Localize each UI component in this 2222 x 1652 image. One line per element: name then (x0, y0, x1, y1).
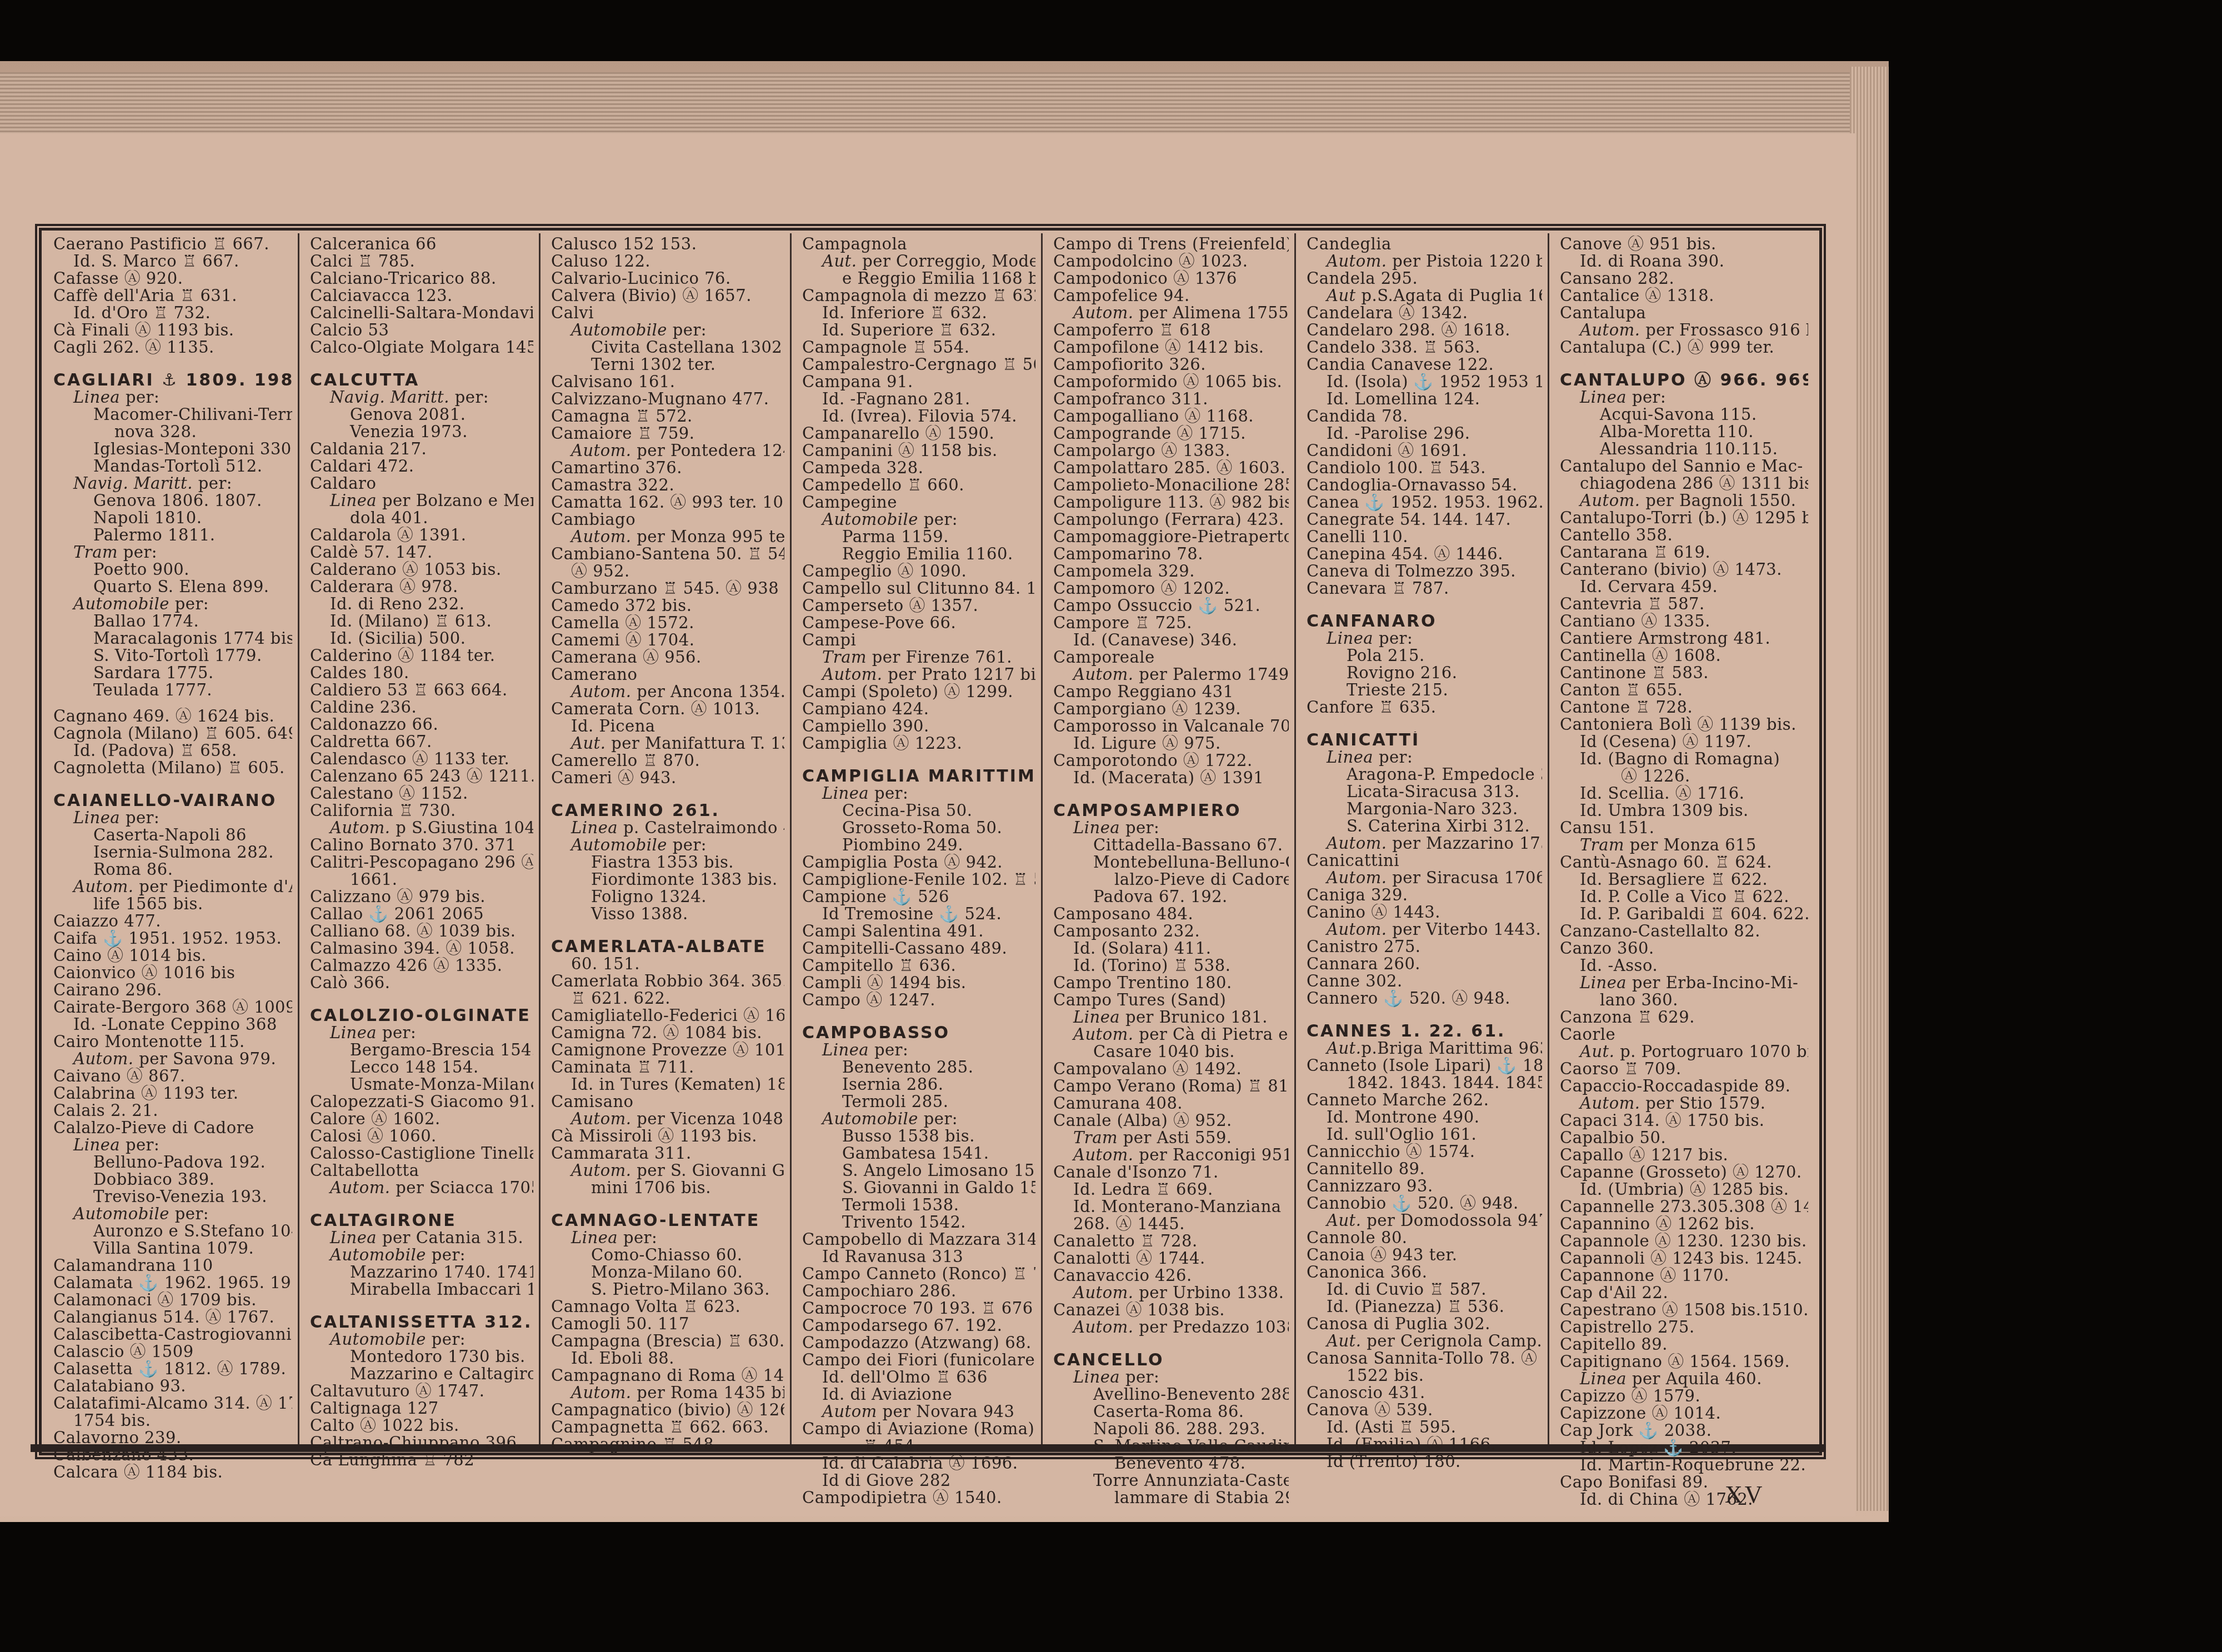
index-entry: Autom. per Mazzarino 1739. (1307, 835, 1542, 852)
service-type-label: Linea (571, 1229, 618, 1246)
index-entry: Venezia 1973. (310, 423, 533, 440)
service-type-label: Autom. (571, 528, 631, 545)
index-entry: Cà Lunghina ♖ 782 (310, 1451, 533, 1469)
index-entry: Cagli 262. Ⓐ 1135. (53, 339, 292, 356)
index-entry: Caldes 180. (310, 664, 533, 682)
index-entry: Aut. p. Portogruaro 1070 bis. (1560, 1043, 1808, 1060)
index-entry: Camella Ⓐ 1572. (551, 614, 784, 632)
index-entry: Camatta 162. Ⓐ 993 ter. 1001 ter. (551, 494, 784, 511)
index-entry: Campanini Ⓐ 1158 bis. (802, 442, 1035, 459)
index-entry: Autom. per Monza 995 ter. (551, 528, 784, 545)
index-entry: Isernia-Sulmona 282. (53, 844, 292, 861)
index-entry: Caffè dell'Aria ♖ 631. (53, 287, 292, 304)
index-entry: Alba-Moretta 110. (1560, 423, 1808, 440)
service-type-label: Automobile (330, 1246, 426, 1264)
index-entry: Id. Eboli 88. (551, 1350, 784, 1367)
index-entry: Campi (802, 632, 1035, 649)
index-entry: Campodazzo (Atzwang) 68. (802, 1334, 1035, 1351)
service-type-label: Linea (1327, 749, 1373, 766)
index-entry: Campoferro ♖ 618 (1053, 322, 1289, 339)
index-entry: Cittadella-Bassano 67. (1053, 837, 1289, 854)
index-entry: Id di Giove 282 (802, 1472, 1035, 1489)
index-entry: Id. Umbra 1309 bis. (1560, 802, 1808, 819)
index-entry: Cantalupo del Sannio e Mac- (1560, 458, 1808, 475)
service-type-label: Aut. (1580, 1043, 1615, 1060)
index-entry: Parma 1159. (802, 528, 1035, 545)
index-entry: Camagna ♖ 572. (551, 408, 784, 425)
service-type-label: Linea (73, 389, 120, 406)
index-entry: 1842. 1843. 1844. 1845. 1911. (1307, 1074, 1542, 1092)
index-entry: Cafasse Ⓐ 920. (53, 270, 292, 287)
index-entry: Caldari 472. (310, 458, 533, 475)
index-entry: Campedello ♖ 660. (802, 477, 1035, 494)
index-entry: Id. dell'Olmo ♖ 636 (802, 1369, 1035, 1386)
service-type-label: Linea (1580, 389, 1627, 406)
service-type-label: Autom. (1327, 869, 1387, 887)
index-entry: Canicattini (1307, 852, 1542, 869)
service-type-label: Aut. (1327, 1212, 1362, 1229)
index-entry: Cantevria ♖ 587. (1560, 595, 1808, 613)
index-entry: Torre Annunziata-Castel- (1053, 1472, 1289, 1489)
index-entry: Calto Ⓐ 1022 bis. (310, 1417, 533, 1434)
index-entry: Montedoro 1730 bis. (310, 1348, 533, 1365)
index-entry: Canaletto ♖ 728. (1053, 1233, 1289, 1250)
index-entry: Calamata ⚓ 1962. 1965. 1966. (53, 1274, 292, 1291)
index-entry: Cannobio ⚓ 520. Ⓐ 948. (1307, 1195, 1542, 1212)
service-type-label: Automobile (330, 1331, 426, 1348)
station-heading: CANCELLO (1053, 1351, 1289, 1369)
index-entry: Caldarola Ⓐ 1391. (310, 527, 533, 544)
index-entry: Cannicchio Ⓐ 1574. (1307, 1143, 1542, 1160)
service-type-label: Autom. (1327, 253, 1387, 270)
index-entry: Cap Jork ⚓ 2038. (1560, 1422, 1808, 1439)
index-entry: Campo Verano (Roma) ♖ 817. (1053, 1078, 1289, 1095)
index-entry: Canove Ⓐ 951 bis. (1560, 236, 1808, 253)
index-entry: Canea ⚓ 1952. 1953. 1962. (1307, 494, 1542, 511)
index-entry: Canistro 275. (1307, 938, 1542, 955)
index-entry: Cantinone ♖ 583. (1560, 664, 1808, 682)
index-entry: Campofranco 311. (1053, 391, 1289, 408)
column-divider (790, 233, 792, 1444)
index-entry: Camedo 372 bis. (551, 597, 784, 614)
index-entry: Id. S. Marco ♖ 667. (53, 253, 292, 270)
index-entry: Aut. per Domodossola 947 bis (1307, 1212, 1542, 1229)
index-entry: Canova Ⓐ 539. (1307, 1401, 1542, 1419)
index-entry: Casare 1040 bis. (1053, 1043, 1289, 1060)
index-entry: Sardara 1775. (53, 664, 292, 682)
index-entry: Cameri Ⓐ 943. (551, 769, 784, 787)
index-entry: Id. Montrone 490. (1307, 1109, 1542, 1126)
index-entry: Id. Inferiore ♖ 632. (802, 304, 1035, 322)
index-entry: Cantiere Armstrong 481. (1560, 630, 1808, 647)
station-heading: CALOLZIO-OLGINATE (310, 1007, 533, 1024)
index-entry: Visso 1388. (551, 905, 784, 923)
index-entry: Candelo 338. ♖ 563. (1307, 339, 1542, 356)
index-entry: Id. Lopez ⚓ 2037. (1560, 1439, 1808, 1456)
service-type-label: Tram (1580, 837, 1624, 854)
index-entry: Pola 215. (1307, 647, 1542, 664)
index-entry: Cairo Montenotte 115. (53, 1033, 292, 1050)
index-entry: Ⓐ 952. (551, 563, 784, 580)
index-entry: Candidoni Ⓐ 1691. (1307, 442, 1542, 459)
index-entry: Acqui-Savona 115. (1560, 406, 1808, 423)
index-entry: Camigna 72. Ⓐ 1084 bis. (551, 1024, 784, 1042)
index-entry: Cairate-Bergoro 368 Ⓐ 1009 ter (53, 999, 292, 1016)
service-type-label: Linea (1327, 630, 1373, 647)
index-entry: Cannole 80. (1307, 1229, 1542, 1246)
index-entry: Cannizzaro 93. (1307, 1178, 1542, 1195)
index-entry: Id. -Parolise 296. (1307, 425, 1542, 442)
index-entry: Camaiore ♖ 759. (551, 425, 784, 442)
station-heading: CAIANELLO-VAIRANO (53, 792, 292, 809)
index-entry: Campoligure 113. Ⓐ 982 bis. (1053, 494, 1289, 511)
index-entry: Campagna (Brescia) ♖ 630. 649 (551, 1333, 784, 1350)
index-entry: Cantalupa (1560, 304, 1808, 322)
index-entry: Canoia Ⓐ 943 ter. (1307, 1246, 1542, 1264)
index-entry: chiagodena 286 Ⓐ 1311 bis. (1560, 475, 1808, 492)
index-entry: Campolargo Ⓐ 1383. (1053, 442, 1289, 459)
service-type-label: Autom. (1073, 304, 1133, 322)
index-entry: Campo di Aviazione (Roma) (802, 1420, 1035, 1438)
service-type-label: Linea (571, 819, 618, 837)
index-entry: S. Angelo Limosano 1539 (802, 1162, 1035, 1179)
index-entry: Cammarata 311. (551, 1145, 784, 1162)
index-entry: 268. Ⓐ 1445. (1053, 1215, 1289, 1233)
index-entry: Campo di Trens (Freienfeld) 68 (1053, 236, 1289, 253)
index-entry: Piombino 249. (802, 837, 1035, 854)
index-entry: Automobile per: (551, 322, 784, 339)
index-entry: Calosso-Castiglione Tinella 110 (310, 1145, 533, 1162)
index-entry: Automobile per: (310, 1331, 533, 1348)
index-entry: Camerlata Robbio 364. 365. (551, 973, 784, 990)
index-entry: mini 1706 bis. (551, 1179, 784, 1197)
index-entry: Autom. p S.Giustina 1043 ter (310, 819, 533, 837)
column-divider (1294, 233, 1296, 1444)
index-entry: Campi (Spoleto) Ⓐ 1299. (802, 683, 1035, 700)
index-entry: Linea per: (802, 1042, 1035, 1059)
index-entry: Calendasco Ⓐ 1133 ter. (310, 750, 533, 768)
service-type-label: Autom. (571, 1384, 631, 1401)
index-entry: Canzo 360. (1560, 940, 1808, 957)
index-entry: Linea per Brunico 181. (1053, 1009, 1289, 1026)
index-entry: Cantarana ♖ 619. (1560, 544, 1808, 561)
index-entry: Candela 295. (1307, 270, 1542, 287)
index-entry: Capaccio-Roccadaspide 89. (1560, 1078, 1808, 1095)
index-entry: Campiano 424. (802, 700, 1035, 718)
index-entry: Id. Cervara 459. (1560, 578, 1808, 595)
index-entry: Linea per Erba-Incino-Mi- (1560, 974, 1808, 992)
service-type-label: Linea (1073, 819, 1120, 837)
index-entry: Calcio 53 (310, 322, 533, 339)
index-entry: lano 360. (1560, 992, 1808, 1009)
index-entry: Canneto (Isole Lipari) ⚓ 1841. (1307, 1057, 1542, 1074)
index-entry: Napoli 86. 288. 293. (1053, 1420, 1289, 1438)
index-entry: Capannino Ⓐ 1262 bis. (1560, 1215, 1808, 1233)
service-type-label: Autom. (1580, 1095, 1640, 1112)
index-entry: Cannara 260. (1307, 955, 1542, 973)
index-entry: Id. Martin-Roquebrune 22. (1560, 1456, 1808, 1474)
index-entry: Capestrano Ⓐ 1508 bis.1510.1519 (1560, 1301, 1808, 1319)
index-entry: Campo Ossuccio ⚓ 521. (1053, 597, 1289, 614)
service-type-label: Autom. (571, 1162, 631, 1179)
index-entry: Avellino-Benevento 288. (1053, 1386, 1289, 1403)
index-entry: Linea per: (53, 1137, 292, 1154)
service-type-label: Automobile (822, 511, 918, 528)
index-entry: Camastra 322. (551, 477, 784, 494)
index-entry: Navig. Maritt. per: (310, 389, 533, 406)
index-entry: Camporgiano Ⓐ 1239. (1053, 700, 1289, 718)
service-type-label: Autom. (1073, 1026, 1133, 1043)
index-entry: Id. Ligure Ⓐ 975. (1053, 735, 1289, 752)
index-entry: Calmazzo 426 Ⓐ 1335. (310, 957, 533, 974)
index-entry: Calvizzano-Mugnano 477. (551, 391, 784, 408)
index-entry: Autom. per Roma 1435 bis. (551, 1384, 784, 1401)
index-entry: Canosa Sannita-Tollo 78. Ⓐ 1522 (1307, 1350, 1542, 1367)
index-column-7: Canove Ⓐ 951 bis.Id. di Roana 390.Cansan… (1550, 233, 1814, 1444)
index-entry: Autom. per Predazzo 1038. (1053, 1319, 1289, 1336)
index-entry: Monza-Milano 60. (551, 1264, 784, 1281)
index-entry: Caneva di Tolmezzo 395. (1307, 563, 1542, 580)
index-entry: Campodipietra Ⓐ 1540. (802, 1489, 1035, 1506)
index-entry: Autom. per Cà di Pietra e (1053, 1026, 1289, 1043)
index-entry: Caserta-Roma 86. (1053, 1403, 1289, 1420)
index-entry: Id. (Emilia) Ⓐ 1166. (1307, 1436, 1542, 1453)
index-entry: Aragona-P. Empedocle 312 (1307, 766, 1542, 783)
index-entry: Palermo 1811. (53, 527, 292, 544)
index-entry: Cap d'Ail 22. (1560, 1284, 1808, 1301)
index-entry: Canzano-Castellalto 82. (1560, 923, 1808, 940)
index-entry: S. Vito-Tortolì 1779. (53, 647, 292, 664)
index-entry: Margonia-Naro 323. (1307, 800, 1542, 818)
index-entry: Linea per: (551, 1229, 784, 1246)
index-entry: Campolungo (Ferrara) 423. (1053, 511, 1289, 528)
index-entry: Foligno 1324. (551, 888, 784, 905)
index-entry: Alessandria 110.115. (1560, 440, 1808, 458)
index-entry: S. Giovanni in Galdo 1540 (802, 1179, 1035, 1197)
index-entry: Cantello 358. (1560, 527, 1808, 544)
index-entry: Campagnatico (bivio) Ⓐ 1266. (551, 1401, 784, 1419)
index-entry: Aut.p.Briga Marittima 963 bis (1307, 1040, 1542, 1057)
index-entry: Calmasino 394. Ⓐ 1058. (310, 940, 533, 957)
index-entry: Autom. per Pistoia 1220 bis. (1307, 253, 1542, 270)
index-entry: Linea per: (1307, 630, 1542, 647)
index-entry: Camerana Ⓐ 956. (551, 649, 784, 666)
index-entry: Cantù-Asnago 60. ♖ 624. (1560, 854, 1808, 871)
service-type-label: Linea (1073, 1009, 1120, 1026)
station-heading: CAMERINO 261. (551, 802, 784, 819)
index-entry: Campo Reggiano 431 (1053, 683, 1289, 700)
index-entry: Campagnola (802, 236, 1035, 253)
station-heading: CAGLIARI ⚓ 1809. 1981. (53, 372, 292, 389)
index-entry: Canterano (bivio) Ⓐ 1473. (1560, 561, 1808, 578)
service-type-label: Autom. (1580, 492, 1640, 509)
index-entry: Campofilone Ⓐ 1412 bis. (1053, 339, 1289, 356)
index-entry: Campocroce 70 193. ♖ 676 (802, 1300, 1035, 1317)
column-divider (539, 233, 541, 1444)
index-entry: Calalzo-Pieve di Cadore (53, 1119, 292, 1137)
index-entry: Camerello ♖ 870. (551, 752, 784, 769)
index-entry: Bergamo-Brescia 154. (310, 1042, 533, 1059)
service-type-label: Aut (1327, 287, 1356, 304)
index-entry: Campitelli-Cassano 489. (802, 940, 1035, 957)
index-entry (53, 699, 292, 708)
index-column-3: Calusco 152 153.Caluso 122.Calvario-Luci… (541, 233, 790, 1444)
index-entry: Automobile per: (53, 595, 292, 613)
index-entry: Canale (Alba) Ⓐ 952. (1053, 1112, 1289, 1129)
index-entry: Campegine (802, 494, 1035, 511)
index-entry: Lecco 148 154. (310, 1059, 533, 1076)
index-entry: Canneto Marche 262. (1307, 1092, 1542, 1109)
index-entry: Campiello 390. (802, 718, 1035, 735)
index-entry: Calvisano 161. (551, 373, 784, 391)
index-entry: Autom. per Alimena 1755. (1053, 304, 1289, 322)
index-entry: Mazzarino 1740. 1741 (310, 1264, 533, 1281)
index-entry: Automobile per: (310, 1246, 533, 1264)
index-entry: Caldè 57. 147. (310, 544, 533, 561)
index-entry: Caluso 122. (551, 253, 784, 270)
index-entry: Id. di Calabria Ⓐ 1696. (802, 1455, 1035, 1472)
index-entry: Cantalupo-Torri (b.) Ⓐ 1295 bis. (1560, 509, 1808, 527)
index-entry: Automobile per: (551, 837, 784, 854)
index-entry: Caorso ♖ 709. (1560, 1060, 1808, 1078)
index-entry: Caldretta 667. (310, 733, 533, 750)
service-type-label: Tram (822, 649, 867, 666)
index-entry: Id. di Cuvio ♖ 587. (1307, 1281, 1542, 1298)
index-entry: Aut. per Cerignola Camp. 1613 (1307, 1333, 1542, 1350)
index-entry: Calciano-Tricarico 88. (310, 270, 533, 287)
index-entry: Campochiaro 286. (802, 1283, 1035, 1300)
service-type-label: Autom. (1327, 921, 1387, 938)
index-entry: Calderara Ⓐ 978. (310, 578, 533, 595)
index-entry: Id. di Aviazione (802, 1386, 1035, 1403)
index-column-6: CandegliaAutom. per Pistoia 1220 bis.Can… (1297, 233, 1548, 1444)
station-heading: CALCUTTA (310, 372, 533, 389)
index-entry: Camburzano ♖ 545. Ⓐ 938 bis. (551, 580, 784, 597)
index-entry: California ♖ 730. (310, 802, 533, 819)
index-entry: Id. (Padova) ♖ 658. (53, 742, 292, 759)
index-entry: Caminata ♖ 711. (551, 1059, 784, 1076)
index-entry: Autom. per Ancona 1354. (551, 683, 784, 700)
index-entry: Camposanto 232. (1053, 923, 1289, 940)
index-entry: e Reggio Emilia 1168 bis. (802, 270, 1035, 287)
index-entry: Canalotti Ⓐ 1744. (1053, 1250, 1289, 1267)
index-entry: Id. (Solara) 411. (1053, 940, 1289, 957)
service-type-label: Navig. Maritt. (330, 389, 449, 406)
index-entry: Caldaro (310, 475, 533, 492)
index-entry: Cecina-Pisa 50. (802, 802, 1035, 819)
index-entry: Calderano Ⓐ 1053 bis. (310, 561, 533, 578)
index-entry: Calizzano Ⓐ 979 bis. (310, 888, 533, 905)
index-entry: Caltrano-Chiuppano 396. (310, 1434, 533, 1451)
index-entry: Autom per Novara 943 (802, 1403, 1035, 1420)
index-entry: Camurana 408. (1053, 1095, 1289, 1112)
index-entry: Roma 86. (53, 861, 292, 878)
index-entry: Poetto 900. (53, 561, 292, 578)
index-entry: Campello sul Clitunno 84. 1160. (802, 580, 1035, 597)
index-entry: S. Caterina Xirbi 312. (1307, 818, 1542, 835)
index-entry: Canepina 454. Ⓐ 1446. (1307, 545, 1542, 563)
index-column-4: CampagnolaAut. per Correggio, Modenae Re… (792, 233, 1041, 1444)
index-entry: Candia Canavese 122. (1307, 356, 1542, 373)
index-entry: Reggio Emilia 1160. (802, 545, 1035, 563)
index-entry: Camignone Provezze Ⓐ 1019 ter (551, 1042, 784, 1059)
service-type-label: Tram (73, 544, 118, 561)
service-type-label: Aut. (822, 253, 857, 270)
index-entry: Campo Tures (Sand) (1053, 992, 1289, 1009)
index-entry: Capalbio 50. (1560, 1129, 1808, 1147)
index-entry: ♖ 454. (802, 1438, 1035, 1455)
index-entry: Caino Ⓐ 1014 bis. (53, 947, 292, 964)
service-type-label: Aut. (571, 735, 606, 752)
index-entry: Calvario-Lucinico 76. (551, 270, 784, 287)
index-entry: Id. -Asso. (1560, 957, 1808, 974)
index-entry: Calco-Olgiate Molgara 145. (310, 339, 533, 356)
index-entry: Autom. per Urbino 1338. (1053, 1284, 1289, 1301)
index-entry: Linea per Aquila 460. (1560, 1370, 1808, 1388)
index-entry: Campomela 329. (1053, 563, 1289, 580)
index-entry: Autom. per Viterbo 1443. (1307, 921, 1542, 938)
index-entry: Capitello 89. (1560, 1336, 1808, 1353)
station-heading: CALTANISSETTA 312. (310, 1314, 533, 1331)
service-type-label: Automobile (73, 1205, 169, 1223)
station-heading: CAMERLATA-ALBATE (551, 938, 784, 955)
index-entry: Id. (Umbria) Ⓐ 1285 bis. (1560, 1181, 1808, 1198)
index-entry: Treviso-Venezia 193. (53, 1188, 292, 1205)
index-entry: Candida 78. (1307, 408, 1542, 425)
index-entry: Id (Cesena) Ⓐ 1197. (1560, 733, 1808, 750)
index-entry: Maracalagonis 1774 bis. (53, 630, 292, 647)
index-entry: Cà Finali Ⓐ 1193 bis. (53, 322, 292, 339)
service-type-label: Autom. (571, 683, 631, 700)
index-entry: 1522 bis. (1307, 1367, 1542, 1384)
index-entry: Camporotondo Ⓐ 1722. (1053, 752, 1289, 769)
index-entry: Calcinelli-Saltara-Mondavio 426. (310, 304, 533, 322)
station-heading: CAMPIGLIA MARITTIMA (802, 768, 1035, 785)
index-entry: Automobile per: (53, 1205, 292, 1223)
index-entry: Autom. per Pontedera 1244. (551, 442, 784, 459)
index-entry: Caltavuturo Ⓐ 1747. (310, 1383, 533, 1400)
index-entry: Cansu 151. (1560, 819, 1808, 837)
index-entry: Id. Bersagliere ♖ 622. (1560, 871, 1808, 888)
index-entry: lammare di Stabia 291. (1053, 1489, 1289, 1506)
service-type-label: Autom. (330, 1179, 390, 1197)
index-entry: Id. di Roana 390. (1560, 253, 1808, 270)
index-entry: Campodarsego 67. 192. (802, 1317, 1035, 1334)
index-entry: Capannole Ⓐ 1230. 1230 bis. (1560, 1233, 1808, 1250)
index-entry: Campagnole ♖ 554. (802, 339, 1035, 356)
index-entry: Calò 366. (310, 974, 533, 992)
index-entry: Linea per: (310, 1024, 533, 1042)
index-entry: Calore Ⓐ 1602. (310, 1110, 533, 1128)
index-entry: Calciavacca 123. (310, 287, 533, 304)
index-entry: 60. 151. (551, 955, 784, 973)
index-column-1: Caerano Pastificio ♖ 667.Id. S. Marco ♖ … (43, 233, 298, 1444)
index-entry: Busso 1538 bis. (802, 1128, 1035, 1145)
index-entry: Candeglia (1307, 236, 1542, 253)
index-entry: Benevento 285. (802, 1059, 1035, 1076)
index-entry: Id. -Lonate Ceppino 368 (53, 1016, 292, 1033)
index-entry: Villa Santina 1079. (53, 1240, 292, 1257)
index-entry: Cagnola (Milano) ♖ 605. 649. (53, 725, 292, 742)
index-entry: Dobbiaco 389. (53, 1171, 292, 1188)
index-entry: Candiolo 100. ♖ 543. (1307, 459, 1542, 477)
index-entry: Campomoro Ⓐ 1202. (1053, 580, 1289, 597)
service-type-label: Linea (330, 492, 377, 509)
index-entry: Campodolcino Ⓐ 1023. (1053, 253, 1289, 270)
index-entry: Calamandrana 110 (53, 1257, 292, 1274)
index-entry: Trivento 1542. (802, 1214, 1035, 1231)
index-entry: lalzo-Pieve di Cadore 192. (1053, 871, 1289, 888)
